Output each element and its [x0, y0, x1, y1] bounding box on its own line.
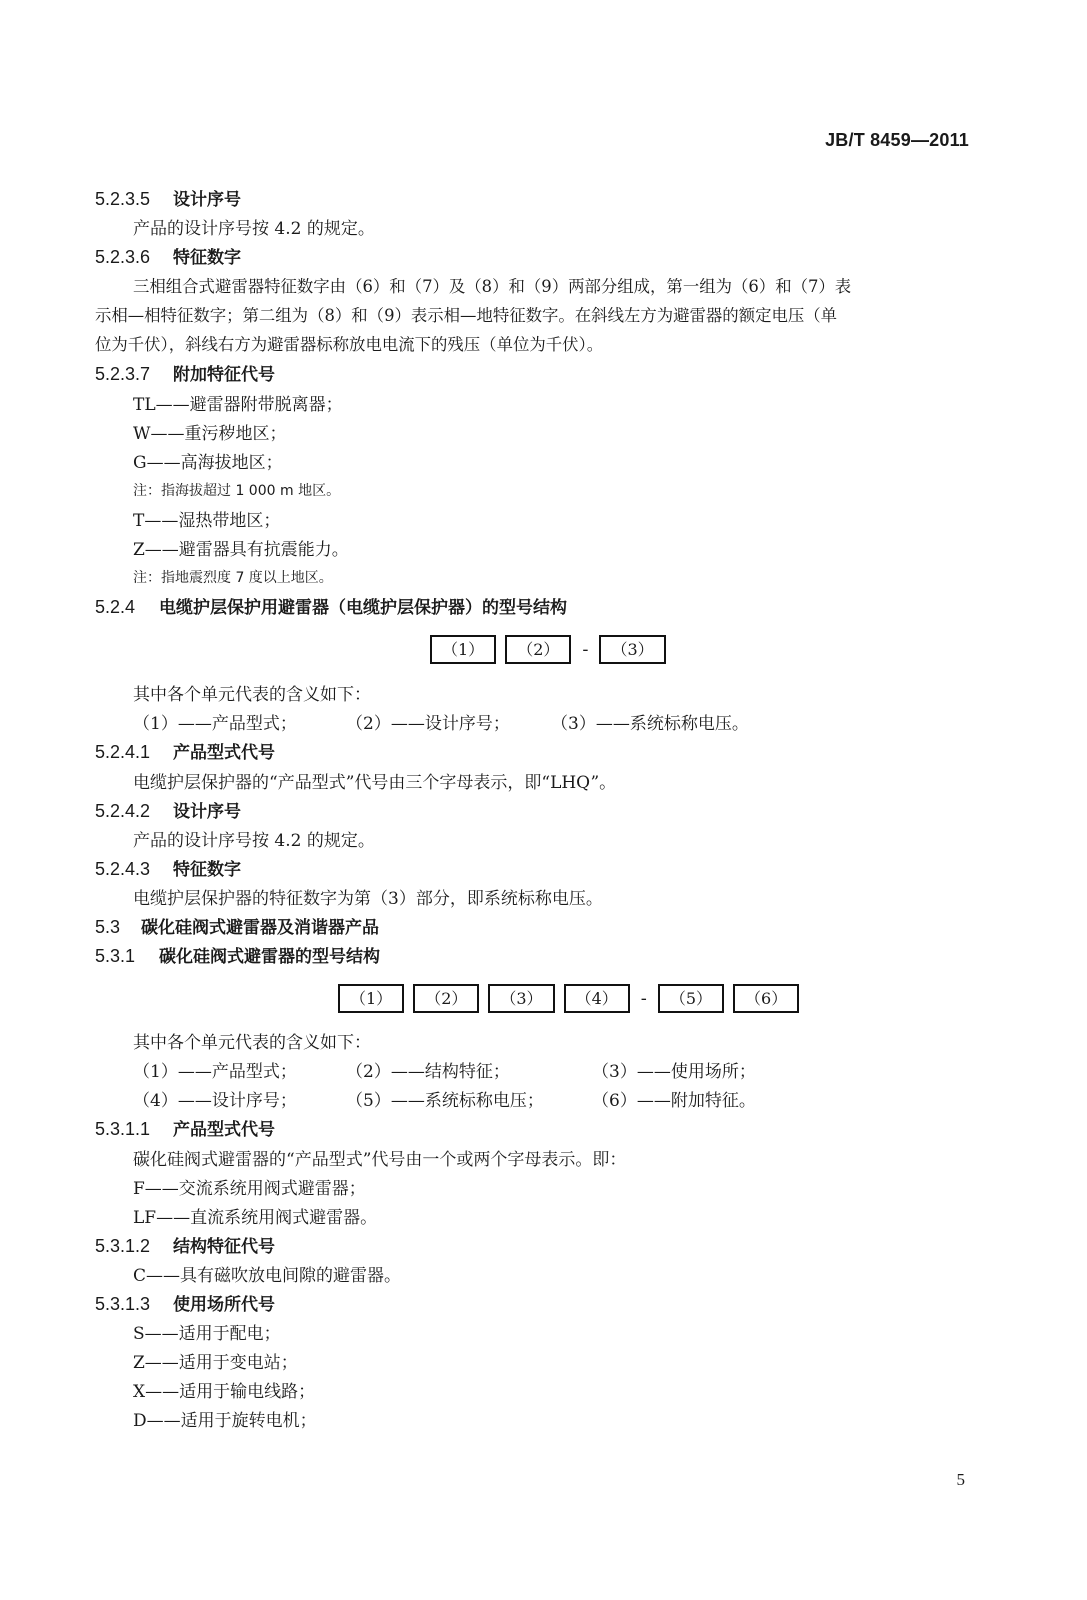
section-number: 5.2.3.5 [95, 189, 173, 210]
meaning: （1）——产品型式； [133, 1057, 346, 1082]
unit-box-3: （3） [599, 635, 665, 664]
heading-5-3-1-1: 5.3.1.1产品型式代号 [95, 1115, 275, 1140]
heading-5-2-4-1: 5.2.4.1产品型式代号 [95, 738, 275, 763]
list-item: G——高海拔地区； [133, 448, 283, 473]
heading-5-2-4-2: 5.2.4.2设计序号 [95, 797, 241, 822]
heading-5-3-1: 5.3.1碳化硅阀式避雷器的型号结构 [95, 942, 380, 967]
heading-5-3-1-3: 5.3.1.3使用场所代号 [95, 1290, 275, 1315]
separator-dash: - [639, 988, 649, 1009]
section-number: 5.2.4.3 [95, 859, 173, 880]
list-item: Z——避雷器具有抗震能力。 [133, 535, 349, 560]
paragraph: 产品的设计序号按 4.2 的规定。 [133, 826, 375, 851]
heading-5-2-4-3: 5.2.4.3特征数字 [95, 855, 241, 880]
unit-box-2: （2） [413, 984, 479, 1013]
section-title: 设计序号 [173, 802, 241, 822]
unit-box-3: （3） [488, 984, 554, 1013]
section-number: 5.3.1.1 [95, 1119, 173, 1140]
meaning: （3）——使用场所； [592, 1057, 756, 1082]
unit-box-1: （1） [338, 984, 404, 1013]
section-title: 产品型式代号 [173, 743, 275, 763]
section-title: 碳化硅阀式避雷器及消谐器产品 [141, 918, 379, 938]
meanings-row: （4）——设计序号；（5）——系统标称电压；（6）——附加特征。 [133, 1086, 756, 1111]
paragraph: 其中各个单元代表的含义如下： [133, 680, 371, 705]
page-number: 5 [957, 1470, 966, 1490]
unit-box-1: （1） [430, 635, 496, 664]
section-title: 电缆护层保护用避雷器（电缆护层保护器）的型号结构 [159, 598, 567, 618]
list-item: T——湿热带地区； [133, 506, 280, 531]
section-number: 5.3.1.2 [95, 1236, 173, 1257]
section-number: 5.2.3.7 [95, 364, 173, 385]
model-structure-diagram: （1） （2） （3） （4） - （5） （6） [338, 984, 799, 1013]
paragraph: 电缆护层保护器的特征数字为第（3）部分，即系统标称电压。 [133, 884, 603, 909]
section-number: 5.2.4 [95, 597, 159, 618]
heading-5-2-3-7: 5.2.3.7附加特征代号 [95, 360, 275, 385]
note: 注：指海拔超过 1 000 m 地区。 [133, 480, 340, 500]
section-title: 设计序号 [173, 190, 241, 210]
standard-code: JB/T 8459—2011 [825, 130, 969, 151]
meaning: （6）——附加特征。 [592, 1086, 756, 1111]
meaning: （2）——结构特征； [346, 1057, 592, 1082]
unit-box-4: （4） [564, 984, 630, 1013]
heading-5-2-3-5: 5.2.3.5设计序号 [95, 185, 241, 210]
section-title: 使用场所代号 [173, 1295, 275, 1315]
meaning: （5）——系统标称电压； [346, 1086, 592, 1111]
list-item: C——具有磁吹放电间隙的避雷器。 [133, 1261, 401, 1286]
meaning: （1）——产品型式； [133, 709, 346, 734]
heading-5-2-4: 5.2.4电缆护层保护用避雷器（电缆护层保护器）的型号结构 [95, 593, 567, 618]
model-structure-diagram: （1） （2） - （3） [430, 635, 666, 664]
paragraph: 其中各个单元代表的含义如下： [133, 1028, 371, 1053]
section-number: 5.2.4.2 [95, 801, 173, 822]
list-item: TL——避雷器附带脱离器； [133, 390, 343, 415]
paragraph: 电缆护层保护器的“产品型式”代号由三个字母表示，即“LHQ”。 [133, 768, 616, 793]
unit-box-6: （6） [733, 984, 799, 1013]
section-number: 5.3.1 [95, 946, 159, 967]
list-item: Z——适用于变电站； [133, 1348, 298, 1373]
section-title: 附加特征代号 [173, 365, 275, 385]
section-title: 产品型式代号 [173, 1120, 275, 1140]
paragraph: 产品的设计序号按 4.2 的规定。 [133, 214, 375, 239]
meanings-row: （1）——产品型式；（2）——结构特征；（3）——使用场所； [133, 1057, 756, 1082]
unit-box-2: （2） [505, 635, 571, 664]
paragraph: 碳化硅阀式避雷器的“产品型式”代号由一个或两个字母表示。即： [133, 1145, 626, 1170]
meaning: （3）——系统标称电压。 [551, 709, 749, 734]
meaning: （2）——设计序号； [346, 709, 551, 734]
section-title: 特征数字 [173, 248, 241, 268]
list-item: F——交流系统用阀式避雷器； [133, 1174, 366, 1199]
section-number: 5.2.3.6 [95, 247, 173, 268]
section-number: 5.3 [95, 917, 141, 938]
unit-box-5: （5） [658, 984, 724, 1013]
meaning: （4）——设计序号； [133, 1086, 346, 1111]
heading-5-3: 5.3碳化硅阀式避雷器及消谐器产品 [95, 913, 379, 938]
section-title: 碳化硅阀式避雷器的型号结构 [159, 947, 380, 967]
list-item: D——适用于旋转电机； [133, 1406, 317, 1431]
meanings-row: （1）——产品型式；（2）——设计序号；（3）——系统标称电压。 [133, 709, 749, 734]
paragraph-line: 示相—相特征数字；第二组为（8）和（9）表示相—地特征数字。在斜线左方为避雷器的… [95, 302, 837, 326]
section-title: 结构特征代号 [173, 1237, 275, 1257]
section-number: 5.2.4.1 [95, 742, 173, 763]
paragraph-line: 三相组合式避雷器特征数字由（6）和（7）及（8）和（9）两部分组成，第一组为（6… [133, 273, 851, 297]
list-item: X——适用于输电线路； [133, 1377, 315, 1402]
section-title: 特征数字 [173, 860, 241, 880]
list-item: LF——直流系统用阀式避雷器。 [133, 1203, 377, 1228]
separator-dash: - [580, 639, 590, 660]
note: 注：指地震烈度 7 度以上地区。 [133, 567, 333, 587]
list-item: W——重污秽地区； [133, 419, 286, 444]
heading-5-2-3-6: 5.2.3.6特征数字 [95, 243, 241, 268]
paragraph-line: 位为千伏），斜线右方为避雷器标称放电电流下的残压（单位为千伏）。 [95, 331, 603, 355]
heading-5-3-1-2: 5.3.1.2结构特征代号 [95, 1232, 275, 1257]
list-item: S——适用于配电； [133, 1319, 281, 1344]
section-number: 5.3.1.3 [95, 1294, 173, 1315]
